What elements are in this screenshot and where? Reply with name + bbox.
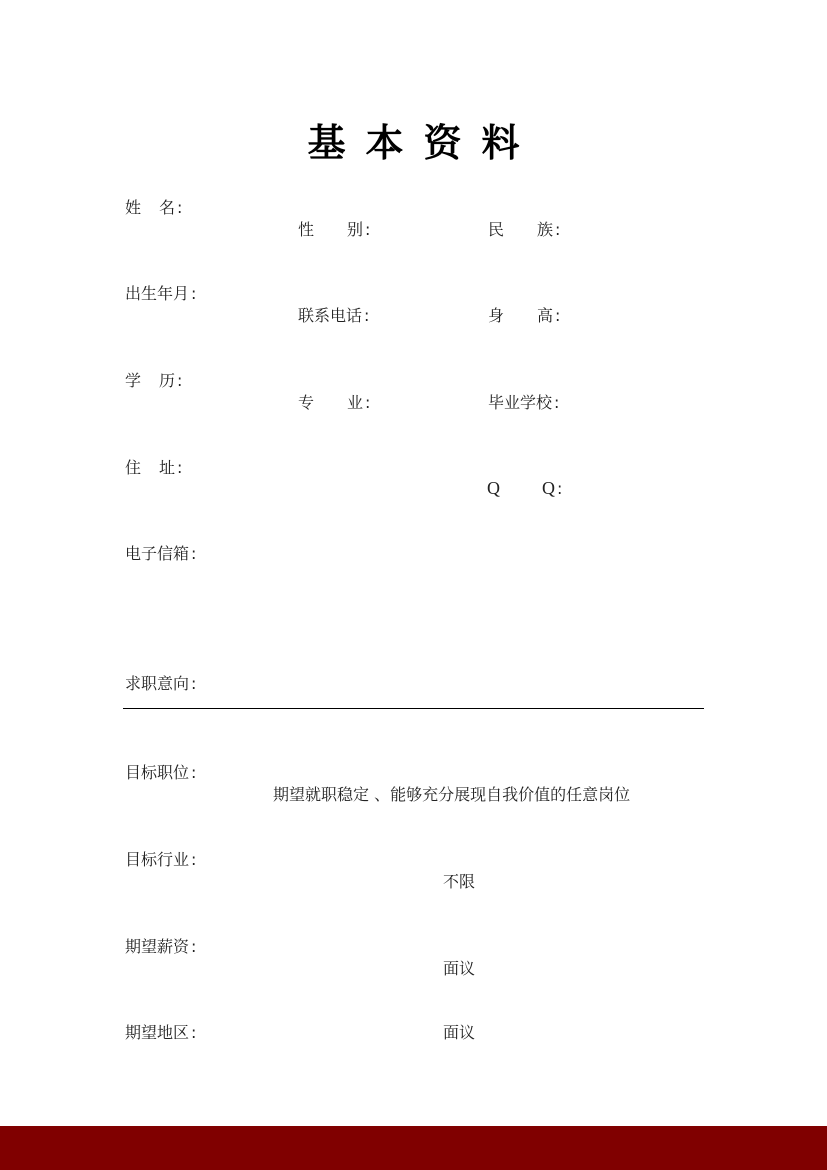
field-height-label-b: 高: [537, 306, 553, 326]
field-expected-location-value: 面议: [443, 1023, 475, 1043]
footer-accent-band: [0, 1126, 827, 1170]
field-ethnicity-colon: :: [555, 220, 560, 240]
field-school-colon: :: [554, 393, 559, 413]
field-education: 学 历 :: [125, 371, 182, 391]
field-birth-date-colon: :: [191, 284, 196, 304]
field-birth-date-label: 出生年月: [125, 284, 189, 304]
field-email: 电子信箱:: [125, 544, 196, 564]
field-gender-colon: :: [365, 220, 370, 240]
field-school: 毕业学校:: [488, 393, 559, 413]
field-ethnicity-label-b: 族: [537, 220, 553, 240]
field-major: 专 业 :: [298, 393, 370, 413]
field-target-position: 目标职位:: [125, 763, 196, 783]
field-height: 身 高 :: [488, 306, 560, 326]
field-major-label-b: 业: [347, 393, 363, 413]
section-job-intention-label: 求职意向: [125, 674, 189, 694]
field-education-colon: :: [177, 371, 182, 391]
field-expected-location-label: 期望地区: [125, 1023, 189, 1043]
field-gender-label-a: 性: [298, 220, 314, 240]
field-ethnicity: 民 族 :: [488, 220, 560, 240]
section-job-intention-heading: 求职意向:: [125, 674, 196, 694]
field-phone: 联系电话:: [298, 306, 369, 326]
field-target-industry-colon: :: [191, 850, 196, 870]
field-address-label-a: 住: [125, 458, 141, 478]
field-name: 姓 名 :: [125, 198, 182, 218]
section-divider: [123, 708, 704, 709]
field-birth-date: 出生年月:: [125, 284, 196, 304]
field-major-colon: :: [365, 393, 370, 413]
field-height-label-a: 身: [488, 306, 504, 326]
field-target-position-label: 目标职位: [125, 763, 189, 783]
field-phone-label: 联系电话: [298, 306, 362, 326]
section-job-intention-colon: :: [191, 674, 196, 694]
field-expected-salary-colon: :: [191, 937, 196, 957]
field-email-colon: :: [191, 544, 196, 564]
field-expected-location: 期望地区:: [125, 1023, 196, 1043]
field-education-label-b: 历: [159, 371, 175, 391]
field-qq-colon: :: [557, 479, 562, 499]
field-ethnicity-label-a: 民: [488, 220, 504, 240]
field-name-label-b: 名: [159, 198, 175, 218]
field-gender-label-b: 别: [347, 220, 363, 240]
field-gender: 性 别 :: [298, 220, 370, 240]
field-qq: Q Q :: [487, 478, 562, 499]
field-expected-salary-value: 面议: [443, 959, 475, 979]
field-target-industry-label: 目标行业: [125, 850, 189, 870]
field-address-label-b: 址: [159, 458, 175, 478]
field-target-industry-value: 不限: [443, 872, 475, 892]
field-major-label-a: 专: [298, 393, 314, 413]
field-target-position-value: 期望就职稳定 、能够充分展现自我价值的任意岗位: [273, 785, 630, 805]
field-qq-label-a: Q: [487, 478, 500, 498]
field-name-colon: :: [177, 198, 182, 218]
field-height-colon: :: [555, 306, 560, 326]
field-education-label-a: 学: [125, 371, 141, 391]
field-name-label-a: 姓: [125, 198, 141, 218]
field-target-position-colon: :: [191, 763, 196, 783]
field-email-label: 电子信箱: [125, 544, 189, 564]
field-address: 住 址 :: [125, 458, 182, 478]
page-title: 基本资料: [0, 118, 827, 168]
field-expected-salary: 期望薪资:: [125, 937, 196, 957]
field-phone-colon: :: [364, 306, 369, 326]
field-target-industry: 目标行业:: [125, 850, 196, 870]
field-qq-label-b: Q: [542, 478, 555, 498]
field-expected-salary-label: 期望薪资: [125, 937, 189, 957]
field-address-colon: :: [177, 458, 182, 478]
field-expected-location-colon: :: [191, 1023, 196, 1043]
field-school-label: 毕业学校: [488, 393, 552, 413]
